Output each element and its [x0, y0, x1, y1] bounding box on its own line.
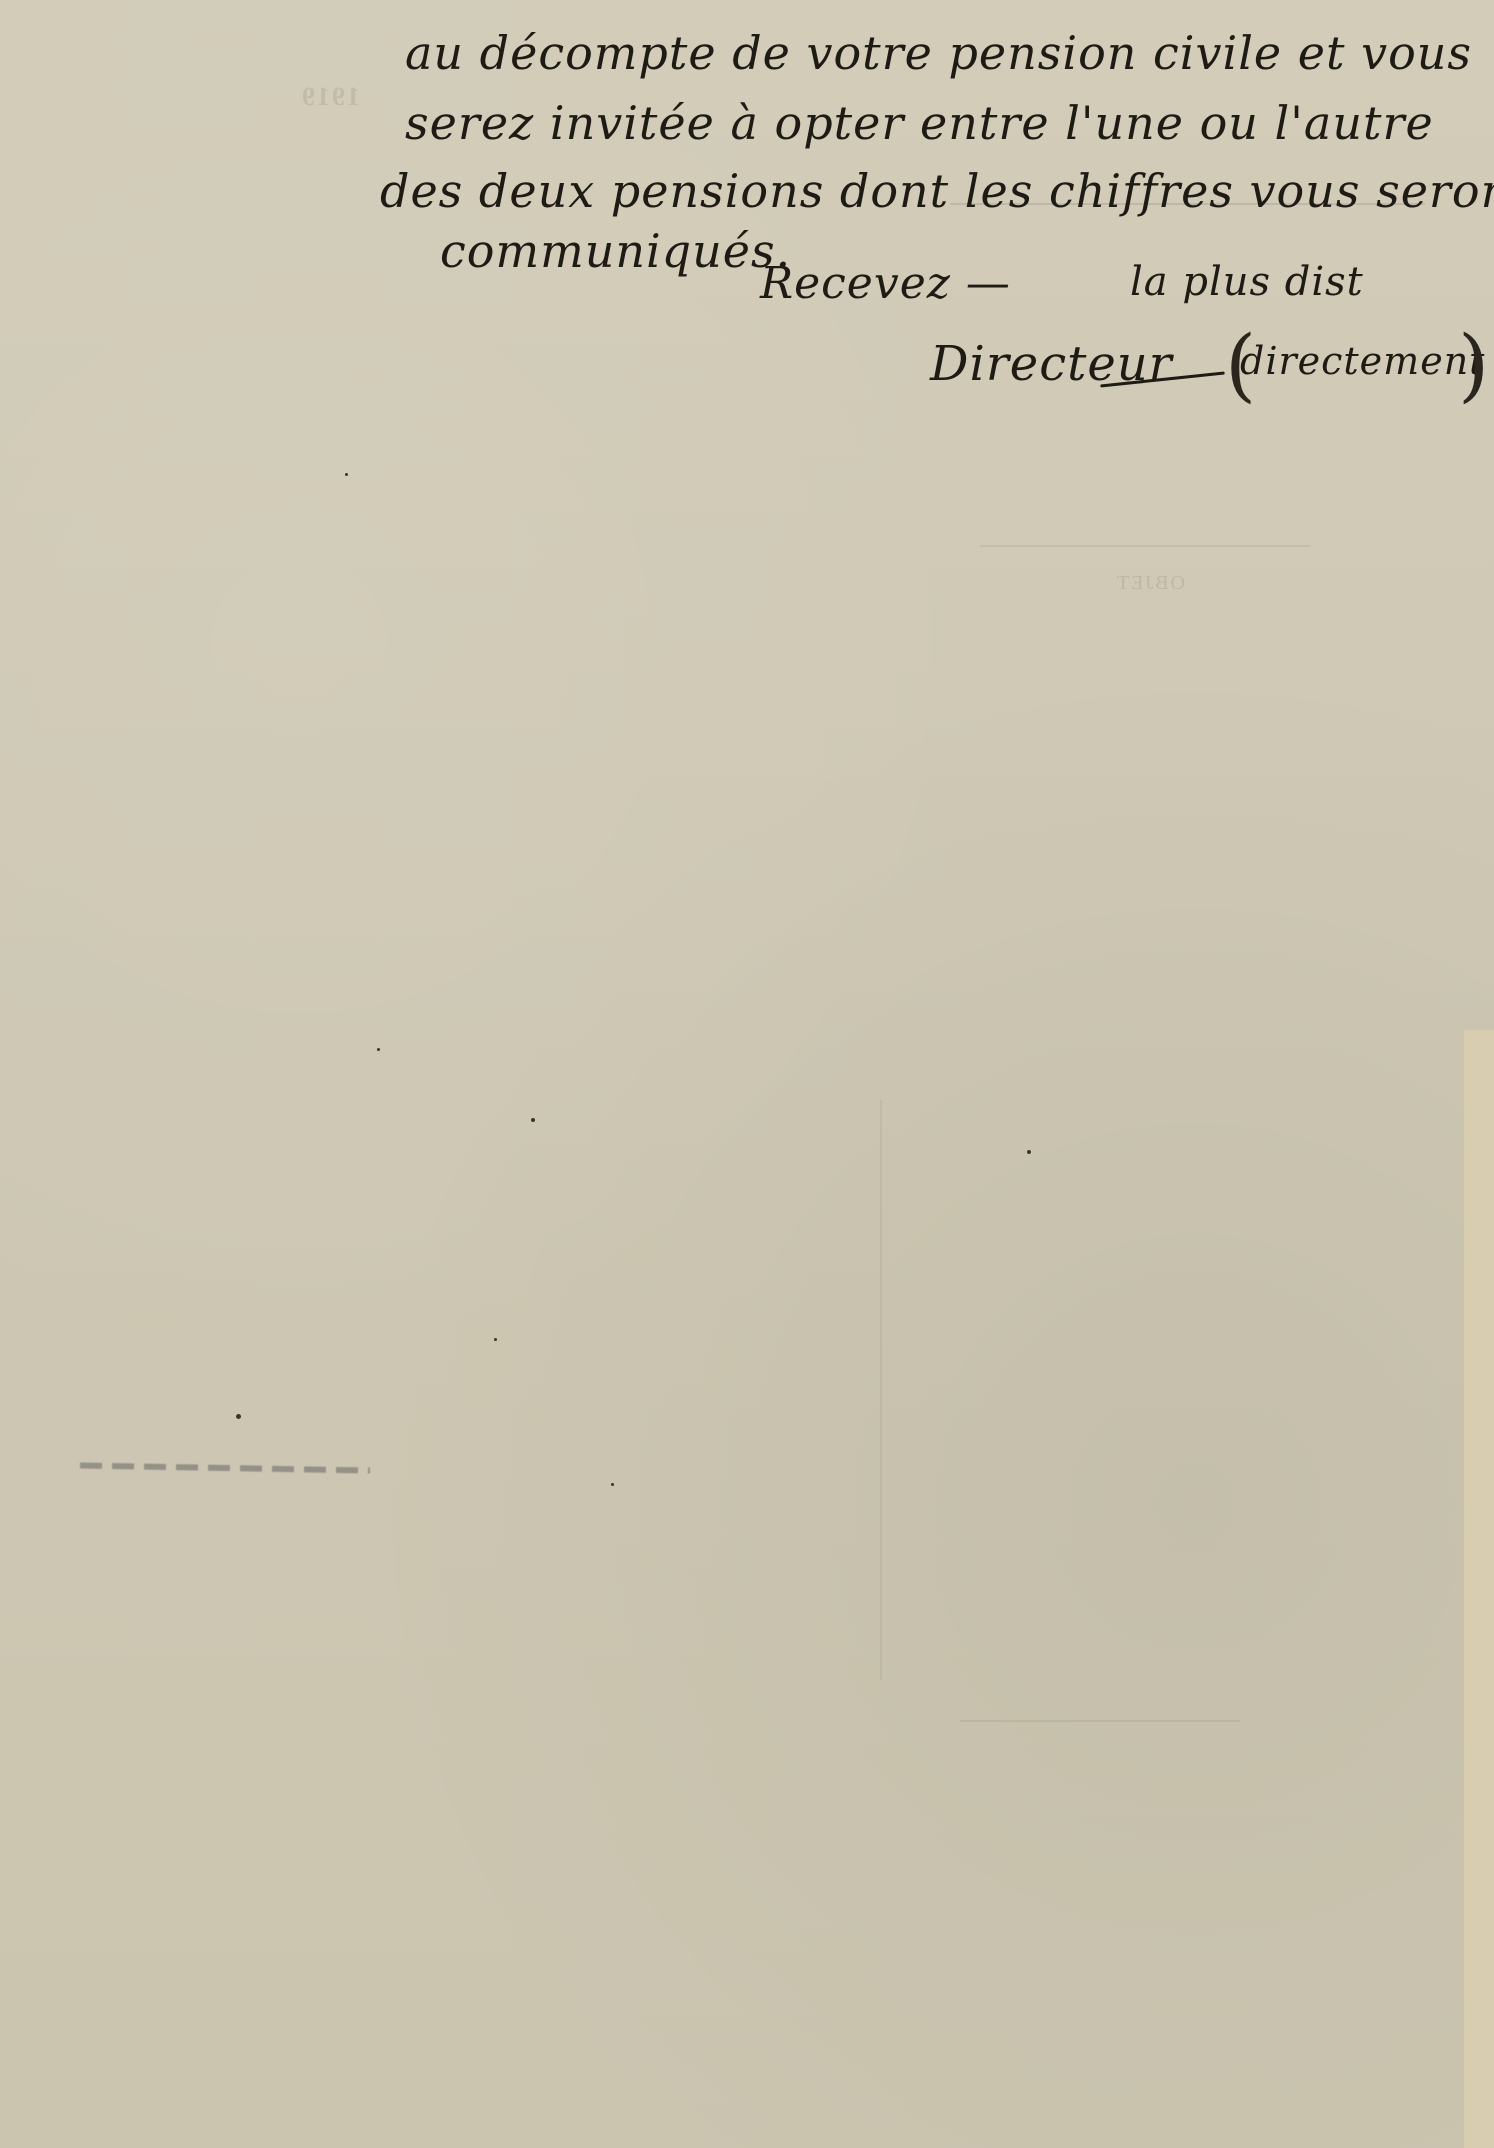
bleed-through-rule: [960, 1720, 1240, 1722]
paper-speck: [236, 1414, 241, 1419]
paper-speck: [611, 1483, 614, 1486]
bleed-through-vertical-rule: [880, 1100, 882, 1680]
bleed-through-rule: [980, 545, 1310, 547]
letter-line-4: communiqués.: [440, 228, 791, 274]
document-page: 1919 OBJET au décompte de votre pension …: [0, 0, 1494, 2148]
signature-note: directement: [1240, 342, 1485, 380]
paper-speck: [345, 473, 348, 476]
paper-speck: [531, 1118, 535, 1122]
letter-line-1: au décompte de votre pension civile et v…: [405, 30, 1472, 76]
close-parenthesis: ): [1458, 318, 1489, 411]
paper-speck: [377, 1048, 380, 1051]
letter-line-3: des deux pensions dont les chiffres vous…: [380, 168, 1494, 214]
paper-speck: [1027, 1150, 1031, 1154]
torn-paper-edge: [1464, 1030, 1494, 2148]
closing-formula-tail: la plus dist: [1130, 262, 1364, 302]
closing-formula: Recevez —: [760, 262, 1011, 306]
pencil-mark: [80, 1462, 370, 1473]
paper-speck: [494, 1338, 497, 1341]
bleed-through-year-stamp: 1919: [300, 82, 360, 112]
letter-line-2: serez invitée à opter entre l'une ou l'a…: [405, 100, 1434, 146]
bleed-through-objet-heading: OBJET: [1115, 572, 1185, 595]
